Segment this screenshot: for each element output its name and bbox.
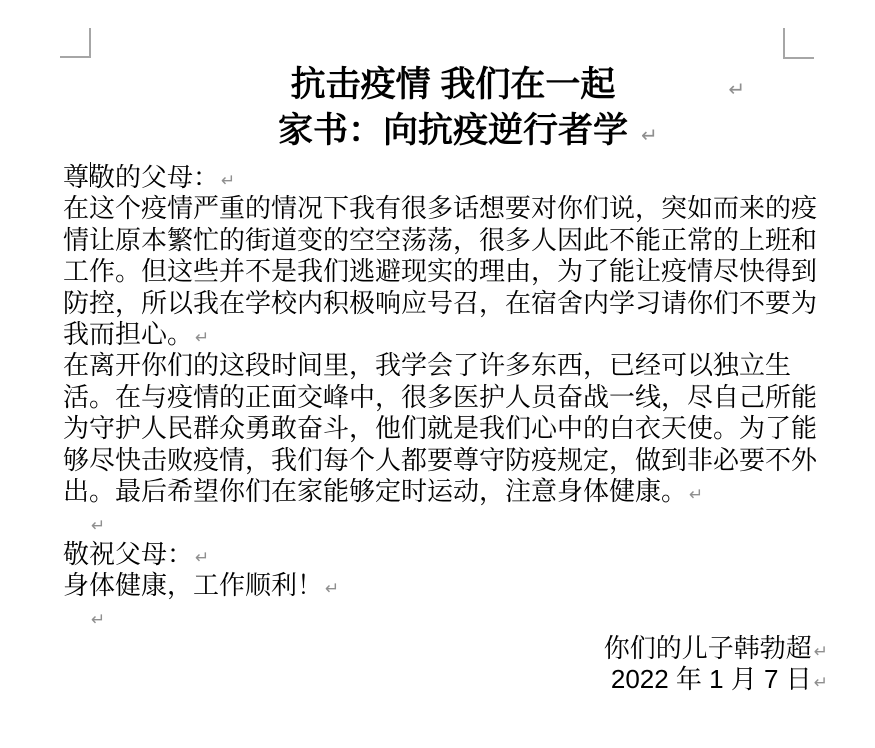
line-text: 我而担心。: [63, 319, 193, 349]
line-text: 够尽快击败疫情，我们每个人都要尊守防疫规定，做到非必要不外: [63, 445, 817, 475]
line-text: 为守护人民群众勇敢奋斗，他们就是我们心中的白衣天使。为了能: [63, 413, 817, 443]
body-block: 尊敬的父母：↵在这个疫情严重的情况下我有很多话想要对你们说，突如而来的疫情让原本…: [63, 162, 813, 696]
paragraph-mark-icon: ↵: [325, 579, 339, 599]
paragraph-mark-icon: ↵: [814, 642, 828, 662]
line-text: 情让原本繁忙的街道变的空空荡荡，很多人因此不能正常的上班和: [63, 225, 817, 255]
document-page[interactable]: 抗击疫情 我们在一起↵家书：向抗疫逆行者学↵ 尊敬的父母：↵在这个疫情严重的情况…: [0, 0, 875, 748]
line-text: 防控，所以我在学校内积极响应号召，在宿舍内学习请你们不要为: [63, 288, 817, 318]
paragraph-mark-icon: ↵: [91, 610, 105, 630]
line-text: 出。最后希望你们在家能够定时运动，注意身体健康。: [63, 476, 687, 506]
line-text: 在离开你们的这段时间里，我学会了许多东西，已经可以独立生: [63, 350, 791, 380]
text-line[interactable]: 防控，所以我在学校内积极响应号召，在宿舍内学习请你们不要为: [63, 288, 813, 319]
text-line[interactable]: 2022 年 1 月 7 日↵: [63, 664, 813, 695]
text-line[interactable]: 在离开你们的这段时间里，我学会了许多东西，已经可以独立生: [63, 350, 813, 381]
title-line[interactable]: 抗击疫情 我们在一起↵: [93, 62, 813, 108]
text-cursor: [90, 162, 91, 187]
text-line[interactable]: 身体健康，工作顺利！↵: [63, 570, 813, 601]
title-line[interactable]: 家书：向抗疫逆行者学↵: [93, 108, 813, 154]
text-line[interactable]: 你们的儿子韩勃超↵: [63, 633, 813, 664]
title-text: 抗击疫情 我们在一起: [291, 65, 616, 104]
text-line[interactable]: 出。最后希望你们在家能够定时运动，注意身体健康。↵: [63, 476, 813, 507]
line-text: 尊敬的父母：: [63, 162, 219, 192]
text-boundary-mark-top-right-vertical: [783, 28, 785, 59]
paragraph-mark-icon: ↵: [665, 66, 678, 112]
paragraph-mark-icon: ↵: [91, 516, 105, 536]
text-boundary-mark-top-left-vertical: [89, 28, 91, 58]
paragraph-mark-icon: ↵: [195, 328, 209, 348]
text-line[interactable]: 工作。但这些并不是我们逃避现实的理由，为了能让疫情尽快得到: [63, 256, 813, 287]
paragraph-mark-icon: ↵: [814, 673, 828, 693]
line-text: 身体健康，工作顺利！: [63, 570, 323, 600]
text-boundary-mark-top-right-horizontal: [783, 57, 814, 59]
text-line[interactable]: 够尽快击败疫情，我们每个人都要尊守防疫规定，做到非必要不外: [63, 445, 813, 476]
title-block: 抗击疫情 我们在一起↵家书：向抗疫逆行者学↵: [93, 62, 813, 154]
line-text: 2022 年 1 月 7 日: [611, 664, 812, 694]
text-line[interactable]: 尊敬的父母：↵: [63, 162, 813, 193]
text-boundary-mark-top-left-horizontal: [60, 56, 91, 58]
text-line[interactable]: 情让原本繁忙的街道变的空空荡荡，很多人因此不能正常的上班和: [63, 225, 813, 256]
title-text: 家书：向抗疫逆行者学: [278, 111, 628, 150]
line-text: 你们的儿子韩勃超: [604, 633, 812, 663]
paragraph-mark-icon: ↵: [195, 548, 209, 568]
line-text: 工作。但这些并不是我们逃避现实的理由，为了能让疫情尽快得到: [63, 256, 817, 286]
line-text: 在这个疫情严重的情况下我有很多话想要对你们说，突如而来的疫: [63, 193, 817, 223]
line-text: [63, 601, 89, 631]
line-text: [63, 507, 89, 537]
empty-text-line[interactable]: ↵: [63, 507, 813, 538]
text-line[interactable]: 敬祝父母：↵: [63, 539, 813, 570]
text-line[interactable]: 为守护人民群众勇敢奋斗，他们就是我们心中的白衣天使。为了能: [63, 413, 813, 444]
paragraph-mark-icon: ↵: [689, 485, 703, 505]
text-line[interactable]: 我而担心。↵: [63, 319, 813, 350]
empty-text-line[interactable]: ↵: [63, 601, 813, 632]
text-line[interactable]: 在这个疫情严重的情况下我有很多话想要对你们说，突如而来的疫: [63, 193, 813, 224]
line-text: 敬祝父母：: [63, 539, 193, 569]
line-text: 活。在与疫情的正面交峰中，很多医护人员奋战一线，尽自己所能: [63, 382, 817, 412]
paragraph-mark-icon: ↵: [221, 171, 235, 191]
text-line[interactable]: 活。在与疫情的正面交峰中，很多医护人员奋战一线，尽自己所能: [63, 382, 813, 413]
paragraph-mark-icon: ↵: [628, 112, 641, 158]
